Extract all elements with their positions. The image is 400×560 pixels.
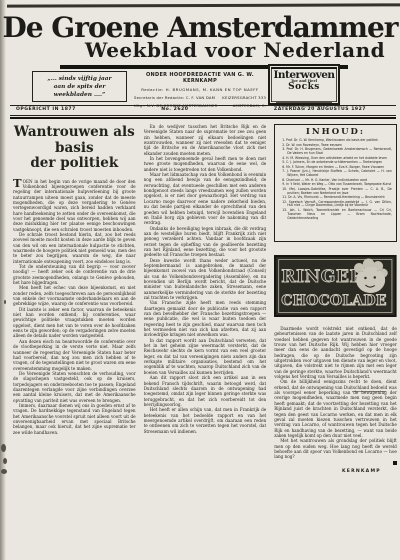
article-paragraph: De Vereenigde Staten wenschten de verhou… (13, 371, 136, 403)
ringers-chocolade-ad: RINGERS' CHOCOLADE (274, 255, 397, 317)
article-column-1: Wantrouwen als basis der politiek TOEN i… (13, 124, 136, 480)
article-paragraph: In dat rapport wordt aan Duitschland ver… (144, 338, 267, 375)
article-paragraph: De schrale troost bestond hierin, dat, z… (13, 232, 136, 264)
end-of-article-mark-row (274, 461, 397, 465)
article-column-3: INHOUD: Prof. Dr. G. W. Kernkamp, Wantro… (274, 124, 397, 480)
rule-thick (10, 117, 396, 120)
contents-item: Prof. Dr. H. Brugmans, Gedenkweek Amster… (287, 148, 392, 156)
article-paragraph: En de wedijver tusschen het Britsche Rij… (144, 124, 267, 156)
masthead-subtitle: Weekblad voor Nederland (70, 38, 400, 62)
article-paragraph: Men heeft het echec van deze bijeenkomst… (13, 285, 136, 306)
contents-title: INHOUD: (279, 130, 392, 135)
column-2-paragraphs: En de wedijver tusschen het Britsche Rij… (144, 124, 267, 434)
scan-speck (4, 300, 6, 304)
article-paragraph: In het bovengenoemde geval heeft men te … (144, 156, 267, 172)
ringers-product-text: CHOCOLADE (281, 293, 386, 309)
secretary-line: Secretaris der Redactie: C. F. VAN DAM K… (134, 95, 266, 100)
article-columns: Wantrouwen als basis der politiek TOEN i… (13, 124, 397, 480)
scan-speck (1, 444, 6, 452)
article-paragraph: Daarmede wordt volstrekt niet ontkend, d… (274, 326, 397, 379)
article-paragraph: Met het wantrouwen als grondslag der pol… (274, 438, 397, 459)
article-paragraph: Immers, daarnaar dienen wij ons in goede… (13, 403, 136, 435)
rule (10, 115, 396, 116)
article-paragraph: Maar het lidmaatschap van den Volkenbond… (144, 172, 267, 225)
column-1-paragraphs: De schrale troost bestond hierin, dat, z… (13, 232, 136, 435)
interwoven-product: Socks (270, 82, 338, 92)
contents-box: INHOUD: Prof. Dr. G. W. Kernkamp, Wantro… (274, 124, 397, 242)
column-3-text: Daarmede wordt volstrekt niet ontkend, d… (274, 326, 397, 474)
article-paragraph: Aan dezen eisch nu beantwoordde de confe… (13, 339, 136, 371)
ringers-ad-graphic: RINGERS' CHOCOLADE (274, 255, 397, 317)
article-paragraph: Ondanks de beveiliging tegen inbraak, di… (144, 226, 267, 258)
slogan-line: „... sinds vijftig jaar (33, 75, 126, 83)
end-of-article-mark (393, 461, 397, 465)
editorial-block: ONDER HOOFDREDACTIE VAN G. W. KERNKAMP R… (134, 72, 266, 108)
founded-label: OPGERICHT IN 1877 (10, 107, 76, 112)
article-lead-paragraph: TOEN in het begin van de vorige maand de… (13, 179, 136, 232)
author-signature: KERNKAMP (274, 469, 397, 474)
lead-text: OEN in het begin van de vorige maand de … (13, 179, 136, 232)
rule (10, 105, 396, 106)
interwoven-socks-ad: Interwoven Toe and Heel Socks — Solidite… (268, 64, 340, 105)
contents-item: Joh. L. Walch, Tooneelkroniek en Boekens… (287, 209, 392, 221)
address-label: KEIZERSGRACHT 333 (222, 95, 266, 100)
article-paragraph: Het heeft er allen schijn van, dat men i… (144, 407, 267, 434)
issue-number: No. 2620 (161, 107, 188, 112)
scan-edge-artifact (7, 3, 400, 7)
drop-cap: T (13, 179, 23, 189)
slogan-line: aan de spits der (33, 83, 126, 91)
article-paragraph: Tot de ondersteuning van dit begrip — vo… (13, 264, 136, 285)
newspaper-front-page: De Groene Amsterdammer Weekblad voor Ned… (0, 0, 400, 560)
masthead: De Groene Amsterdammer Weekblad voor Ned… (0, 13, 400, 62)
editors-line: Redactie: H. BRUGMANS, M. KANN EN TOP NA… (134, 87, 266, 92)
scan-edge-artifact (0, 0, 6, 560)
contents-item: J. Posner (Jzn.), Hendrickje Stoffels — … (287, 170, 392, 178)
contents-list: Prof. Dr. G. W. Kernkamp, Wantrouwen als… (279, 139, 392, 220)
slogan-line: weekbladen ....” (33, 91, 126, 99)
article-column-2: En de wedijver tusschen het Britsche Rij… (144, 124, 267, 480)
headline-line: der politiek (13, 156, 136, 172)
scan-speck (1, 469, 7, 474)
dateline: OPGERICHT IN 1877 No. 2620 ZATERDAG 20 A… (10, 107, 396, 112)
article-paragraph: Van Fransche zijde heeft men reeds stemm… (144, 300, 267, 337)
column-3-paragraphs: Daarmede wordt volstrekt niet ontkend, d… (274, 326, 397, 460)
article-headline: Wantrouwen als basis der politiek (13, 125, 136, 172)
article-paragraph: Aan dit rapport sloot zich een artikel a… (144, 375, 267, 407)
article-paragraph: Deze kwestie wordt thans weder actueel, … (144, 258, 267, 301)
article-paragraph: Dit laatste is zeker een factor, waarvan… (13, 307, 136, 339)
chief-editor-line: ONDER HOOFDREDACTIE VAN G. W. KERNKAMP (134, 72, 266, 84)
headline-line: Wantrouwen als basis (13, 125, 136, 156)
scan-speck (3, 458, 7, 464)
secretary-label: Secretaris der Redactie: C. F. VAN DAM (134, 95, 215, 100)
issue-date: ZATERDAG 20 AUGUSTUS 1927 (274, 107, 396, 112)
article-paragraph: Om de billijkheid eenigszins recht te do… (274, 379, 397, 438)
slogan-box: „... sinds vijftig jaar aan de spits der… (32, 71, 127, 102)
